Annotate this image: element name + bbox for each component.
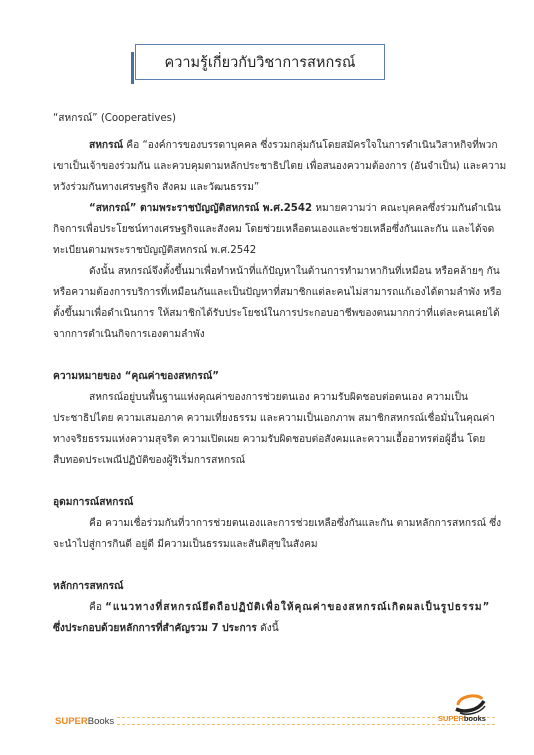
title-box: ความรู้เกี่ยวกับวิชาการสหกรณ์ xyxy=(135,44,385,80)
section-heading-ideology: อุดมการณ์สหกรณ์ xyxy=(53,492,508,513)
principles-quote: “แนวทางที่สหกรณ์ยึดถือปฏิบัติเพื่อให้คุณ… xyxy=(105,602,490,613)
paragraph-principles: คือ “แนวทางที่สหกรณ์ยึดถือปฏิบัติเพื่อให… xyxy=(53,597,508,618)
logo-books: books xyxy=(464,714,486,723)
principles-count: ซึ่งประกอบด้วยหลักการที่สำคัญรวม 7 ประกา… xyxy=(53,623,257,634)
title-frame: ความรู้เกี่ยวกับวิชาการสหกรณ์ xyxy=(135,44,397,81)
principles-lead: คือ xyxy=(89,602,105,613)
document-body: “สหกรณ์” (Cooperatives) สหกรณ์ คือ “องค์… xyxy=(53,108,508,639)
logo-super: SUPER xyxy=(438,714,464,723)
paragraph-definition: สหกรณ์ คือ “องค์การของบรรดาบุคคล ซึ่งรวม… xyxy=(53,135,508,198)
footer-brand-books: Books xyxy=(88,716,114,727)
paragraph-purpose: ดังนั้น สหกรณ์จึงตั้งขึ้นมาเพื่อทำหน้าที… xyxy=(53,261,508,345)
paragraph-act-definition: “สหกรณ์” ตามพระราชบัญญัติสหกรณ์ พ.ศ.2542… xyxy=(53,198,508,261)
section-heading-principles: หลักการสหกรณ์ xyxy=(53,576,508,597)
page-footer: SUPERBooks xyxy=(55,714,495,728)
term-cooperative: สหกรณ์ xyxy=(89,140,123,151)
paragraph-ideology: คือ ความเชื่อร่วมกันที่วาการช่วยตนเองและ… xyxy=(53,513,508,555)
title-accent-bar xyxy=(131,52,134,84)
principles-tail: ดังนี้ xyxy=(257,623,279,634)
logo-wordmark: SUPERbooks xyxy=(438,714,486,723)
superbooks-logo: SUPERbooks xyxy=(450,693,510,733)
term-act: “สหกรณ์” ตามพระราชบัญญัติสหกรณ์ พ.ศ.2542 xyxy=(89,203,312,214)
footer-brand-super: SUPER xyxy=(55,716,88,727)
section-heading-cooperatives: “สหกรณ์” (Cooperatives) xyxy=(53,108,508,129)
page-title: ความรู้เกี่ยวกับวิชาการสหกรณ์ xyxy=(165,51,356,74)
paragraph-principles-count: ซึ่งประกอบด้วยหลักการที่สำคัญรวม 7 ประกา… xyxy=(53,618,508,639)
section-heading-values: ความหมายของ “คุณค่าของสหกรณ์” xyxy=(53,366,508,387)
paragraph-values: สหกรณ์อยู่บนพื้นฐานแห่งคุณค่าของการช่วยต… xyxy=(53,387,508,471)
